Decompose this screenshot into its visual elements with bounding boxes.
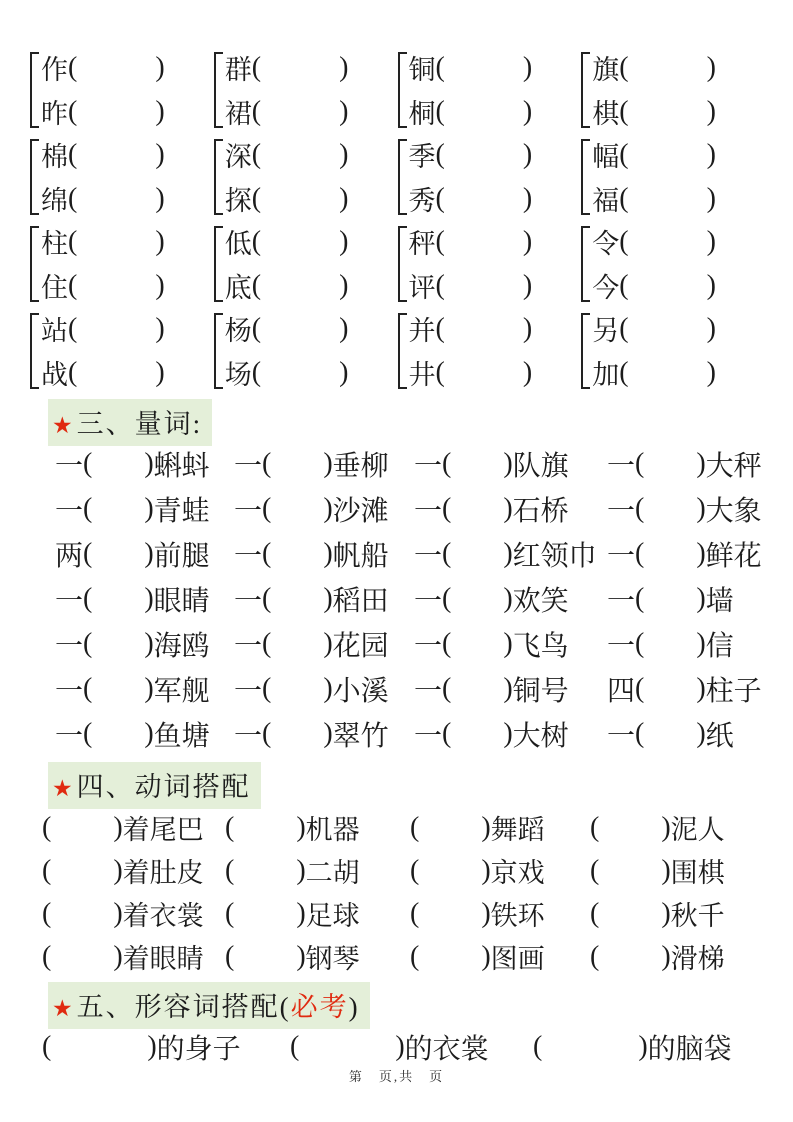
answer-blank: ()	[83, 493, 154, 525]
verb-item: ()机器	[225, 808, 410, 847]
paren: )	[349, 992, 360, 1022]
answer-blank: ()	[619, 357, 716, 389]
pair-char: 另	[592, 309, 619, 348]
answer-blank: ()	[83, 673, 154, 705]
bracket-icon	[581, 313, 590, 389]
answer-blank: ()	[436, 96, 533, 128]
pair-char: 住	[41, 266, 68, 305]
section-header-adjective-collocation: ★五、形容词搭配(必考)	[48, 982, 370, 1029]
answer-blank: ()	[436, 357, 533, 389]
answer-blank: ()	[410, 855, 491, 887]
answer-blank: ()	[442, 583, 513, 615]
answer-blank: ()	[225, 941, 306, 973]
word-pairs-block: 作() 昨() 群() 裙() 铜() 桐() 旗() 棋()	[30, 46, 765, 394]
word-pair: 幅() 福()	[581, 133, 765, 220]
measure-item: 一()欢笑	[414, 579, 607, 619]
bracket-icon	[398, 313, 407, 389]
verb-item: ()图画	[410, 937, 590, 976]
answer-blank: ()	[436, 226, 533, 258]
bracket-icon	[581, 226, 590, 302]
pair-char: 幅	[592, 135, 619, 174]
answer-blank: ()	[436, 52, 533, 84]
word-pair: 作() 昨()	[30, 46, 214, 133]
answer-blank: ()	[83, 718, 154, 750]
measure-item: 一()大象	[607, 489, 762, 529]
word-pair: 另() 加()	[581, 307, 765, 394]
paren: (	[280, 992, 291, 1022]
bracket-icon	[398, 139, 407, 215]
answer-blank: ()	[619, 96, 716, 128]
section-title: 五、形容词搭配	[77, 992, 280, 1022]
pair-char: 探	[225, 179, 252, 218]
answer-blank: ()	[262, 538, 333, 570]
measure-item: 一()蝌蚪	[55, 444, 234, 484]
word-pair: 深() 探()	[214, 133, 398, 220]
pair-char: 福	[592, 179, 619, 218]
bracket-icon	[30, 226, 39, 302]
answer-blank: ()	[42, 1031, 157, 1063]
verb-item: ()泥人	[590, 808, 762, 847]
pair-char: 铜	[409, 48, 436, 87]
pair-char: 杨	[225, 309, 252, 348]
answer-blank: ()	[635, 718, 706, 750]
measure-item: 一()垂柳	[234, 444, 414, 484]
answer-blank: ()	[635, 538, 706, 570]
measure-item: 一()大秤	[607, 444, 762, 484]
pair-char: 桐	[409, 92, 436, 131]
answer-blank: ()	[436, 313, 533, 345]
verb-item: ()铁环	[410, 894, 590, 933]
answer-blank: ()	[410, 898, 491, 930]
verb-item: ()围棋	[590, 851, 762, 890]
word-pair: 站() 战()	[30, 307, 214, 394]
bracket-icon	[581, 52, 590, 128]
answer-blank: ()	[262, 718, 333, 750]
measure-item: 一()信	[607, 624, 762, 664]
answer-blank: ()	[590, 941, 671, 973]
measure-words-grid: 一()蝌蚪 一()垂柳 一()队旗 一()大秤 一()青蛙 一()沙滩 一()石…	[55, 441, 760, 756]
measure-item: 一()鱼塘	[55, 714, 234, 754]
pair-char: 低	[225, 222, 252, 261]
answer-blank: ()	[442, 493, 513, 525]
answer-blank: ()	[252, 357, 349, 389]
answer-blank: ()	[442, 718, 513, 750]
bracket-icon	[581, 139, 590, 215]
pair-char: 棋	[592, 92, 619, 131]
verb-item: ()舞蹈	[410, 808, 590, 847]
measure-item: 一()墙	[607, 579, 762, 619]
answer-blank: ()	[410, 941, 491, 973]
answer-blank: ()	[68, 52, 165, 84]
section-title: 三、量词:	[77, 409, 203, 439]
answer-blank: ()	[83, 538, 154, 570]
verb-item: ()足球	[225, 894, 410, 933]
answer-blank: ()	[619, 226, 716, 258]
word-pair: 铜() 桐()	[398, 46, 582, 133]
answer-blank: ()	[619, 52, 716, 84]
word-pair: 棉() 绵()	[30, 133, 214, 220]
pair-char: 深	[225, 135, 252, 174]
answer-blank: ()	[83, 628, 154, 660]
answer-blank: ()	[635, 583, 706, 615]
answer-blank: ()	[619, 270, 716, 302]
bracket-icon	[214, 226, 223, 302]
measure-item: 一()帆船	[234, 534, 414, 574]
verb-collocation-grid: ()着尾巴 ()机器 ()舞蹈 ()泥人 ()着肚皮 ()二胡 ()京戏 ()围…	[42, 806, 762, 978]
measure-item: 一()海鸥	[55, 624, 234, 664]
pair-char: 秀	[409, 179, 436, 218]
pair-char: 季	[409, 135, 436, 174]
adjective-item: ()的脑袋	[533, 1027, 762, 1067]
answer-blank: ()	[442, 628, 513, 660]
answer-blank: ()	[83, 583, 154, 615]
answer-blank: ()	[68, 183, 165, 215]
pair-char: 井	[409, 353, 436, 392]
worksheet-page: 作() 昨() 群() 裙() 铜() 桐() 旗() 棋()	[0, 0, 793, 1122]
answer-blank: ()	[635, 493, 706, 525]
measure-item: 一()沙滩	[234, 489, 414, 529]
pair-char: 绵	[41, 179, 68, 218]
verb-item: ()着眼睛	[42, 937, 225, 976]
measure-item: 一()小溪	[234, 669, 414, 709]
pair-char: 裙	[225, 92, 252, 131]
answer-blank: ()	[225, 855, 306, 887]
verb-item: ()秋千	[590, 894, 762, 933]
answer-blank: ()	[590, 812, 671, 844]
measure-item: 一()队旗	[414, 444, 607, 484]
answer-blank: ()	[262, 493, 333, 525]
bracket-icon	[214, 139, 223, 215]
pair-char: 群	[225, 48, 252, 87]
adjective-item: ()的衣裳	[290, 1027, 533, 1067]
pair-char: 昨	[41, 92, 68, 131]
measure-item: 一()翠竹	[234, 714, 414, 754]
answer-blank: ()	[252, 313, 349, 345]
bracket-icon	[30, 139, 39, 215]
star-icon: ★	[52, 413, 73, 439]
answer-blank: ()	[410, 812, 491, 844]
verb-item: ()着衣裳	[42, 894, 225, 933]
answer-blank: ()	[68, 139, 165, 171]
pair-char: 底	[225, 266, 252, 305]
measure-item: 一()红领巾	[414, 534, 607, 574]
answer-blank: ()	[436, 183, 533, 215]
answer-blank: ()	[252, 226, 349, 258]
word-pair: 季() 秀()	[398, 133, 582, 220]
pair-char: 战	[41, 353, 68, 392]
measure-item: 一()鲜花	[607, 534, 762, 574]
answer-blank: ()	[225, 812, 306, 844]
answer-blank: ()	[442, 448, 513, 480]
measure-item: 一()铜号	[414, 669, 607, 709]
measure-item: 一()眼睛	[55, 579, 234, 619]
word-pair: 杨() 场()	[214, 307, 398, 394]
pair-char: 旗	[592, 48, 619, 87]
measure-item: 四()柱子	[607, 669, 762, 709]
section-title: 四、动词搭配	[77, 772, 251, 802]
verb-item: ()京戏	[410, 851, 590, 890]
verb-item: ()二胡	[225, 851, 410, 890]
answer-blank: ()	[290, 1031, 405, 1063]
verb-item: ()钢琴	[225, 937, 410, 976]
answer-blank: ()	[252, 183, 349, 215]
bracket-icon	[214, 52, 223, 128]
bracket-icon	[30, 52, 39, 128]
answer-blank: ()	[262, 583, 333, 615]
measure-item: 两()前腿	[55, 534, 234, 574]
answer-blank: ()	[252, 96, 349, 128]
pair-char: 站	[41, 309, 68, 348]
word-pair: 秤() 评()	[398, 220, 582, 307]
star-icon: ★	[52, 776, 73, 802]
answer-blank: ()	[42, 812, 123, 844]
answer-blank: ()	[442, 538, 513, 570]
measure-item: 一()石桥	[414, 489, 607, 529]
answer-blank: ()	[68, 313, 165, 345]
answer-blank: ()	[619, 139, 716, 171]
answer-blank: ()	[252, 52, 349, 84]
adjective-collocation-grid: ()的身子 ()的衣裳 ()的脑袋	[42, 1026, 762, 1068]
answer-blank: ()	[68, 226, 165, 258]
measure-item: 一()军舰	[55, 669, 234, 709]
bracket-icon	[30, 313, 39, 389]
adjective-item: ()的身子	[42, 1027, 290, 1067]
answer-blank: ()	[68, 96, 165, 128]
word-pair: 柱() 住()	[30, 220, 214, 307]
pair-char: 令	[592, 222, 619, 261]
measure-item: 一()纸	[607, 714, 762, 754]
answer-blank: ()	[619, 183, 716, 215]
measure-item: 一()青蛙	[55, 489, 234, 529]
answer-blank: ()	[635, 628, 706, 660]
pair-char: 并	[409, 309, 436, 348]
answer-blank: ()	[635, 673, 706, 705]
pair-char: 评	[409, 266, 436, 305]
answer-blank: ()	[42, 941, 123, 973]
answer-blank: ()	[590, 898, 671, 930]
pair-char: 作	[41, 48, 68, 87]
bracket-icon	[214, 313, 223, 389]
measure-item: 一()飞鸟	[414, 624, 607, 664]
word-pair: 并() 井()	[398, 307, 582, 394]
word-pair: 群() 裙()	[214, 46, 398, 133]
pair-char: 秤	[409, 222, 436, 261]
measure-item: 一()稻田	[234, 579, 414, 619]
section-header-verb-collocation: ★四、动词搭配	[48, 762, 261, 809]
answer-blank: ()	[68, 357, 165, 389]
answer-blank: ()	[442, 673, 513, 705]
pair-char: 加	[592, 353, 619, 392]
answer-blank: ()	[590, 855, 671, 887]
answer-blank: ()	[252, 270, 349, 302]
pair-char: 柱	[41, 222, 68, 261]
star-icon: ★	[52, 996, 73, 1022]
answer-blank: ()	[262, 628, 333, 660]
verb-item: ()着肚皮	[42, 851, 225, 890]
measure-item: 一()大树	[414, 714, 607, 754]
pair-char: 今	[592, 266, 619, 305]
word-pair: 令() 今()	[581, 220, 765, 307]
pair-char: 场	[225, 353, 252, 392]
answer-blank: ()	[436, 270, 533, 302]
answer-blank: ()	[252, 139, 349, 171]
answer-blank: ()	[42, 855, 123, 887]
answer-blank: ()	[635, 448, 706, 480]
measure-item: 一()花园	[234, 624, 414, 664]
page-footer: 第 页,共 页	[0, 1066, 793, 1085]
word-pair: 旗() 棋()	[581, 46, 765, 133]
answer-blank: ()	[68, 270, 165, 302]
must-test-note: 必考	[291, 992, 349, 1022]
answer-blank: ()	[42, 898, 123, 930]
answer-blank: ()	[619, 313, 716, 345]
answer-blank: ()	[533, 1031, 648, 1063]
answer-blank: ()	[262, 448, 333, 480]
answer-blank: ()	[225, 898, 306, 930]
section-header-measure-words: ★三、量词:	[48, 399, 212, 446]
pair-char: 棉	[41, 135, 68, 174]
verb-item: ()着尾巴	[42, 808, 225, 847]
verb-item: ()滑梯	[590, 937, 762, 976]
answer-blank: ()	[262, 673, 333, 705]
answer-blank: ()	[436, 139, 533, 171]
word-pair: 低() 底()	[214, 220, 398, 307]
answer-blank: ()	[83, 448, 154, 480]
bracket-icon	[398, 52, 407, 128]
bracket-icon	[398, 226, 407, 302]
